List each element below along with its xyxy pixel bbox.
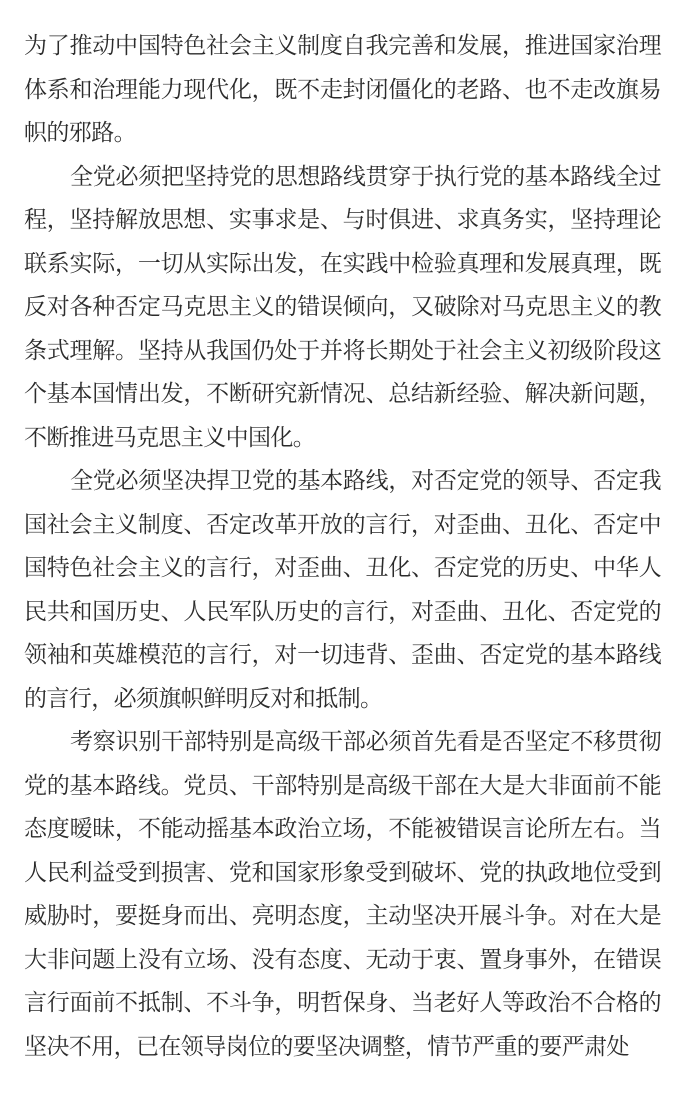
paragraph-3: 全党必须坚决捍卫党的基本路线，对否定党的领导、否定我国社会主义制度、否定改革开放… [24, 459, 661, 720]
document-page: 为了推动中国特色社会主义制度自我完善和发展，推进国家治理体系和治理能力现代化，既… [0, 0, 691, 1096]
paragraph-2: 全党必须把坚持党的思想路线贯穿于执行党的基本路线全过程，坚持解放思想、实事求是、… [24, 155, 661, 460]
scanned-document: { "colors": { "background": "#ffffff", "… [0, 0, 691, 1096]
text-block: 为了推动中国特色社会主义制度自我完善和发展，推进国家治理体系和治理能力现代化，既… [24, 24, 661, 1068]
paragraph-4: 考察识别干部特别是高级干部必须首先看是否坚定不移贯彻党的基本路线。党员、干部特别… [24, 720, 661, 1068]
paragraph-1: 为了推动中国特色社会主义制度自我完善和发展，推进国家治理体系和治理能力现代化，既… [24, 24, 661, 155]
